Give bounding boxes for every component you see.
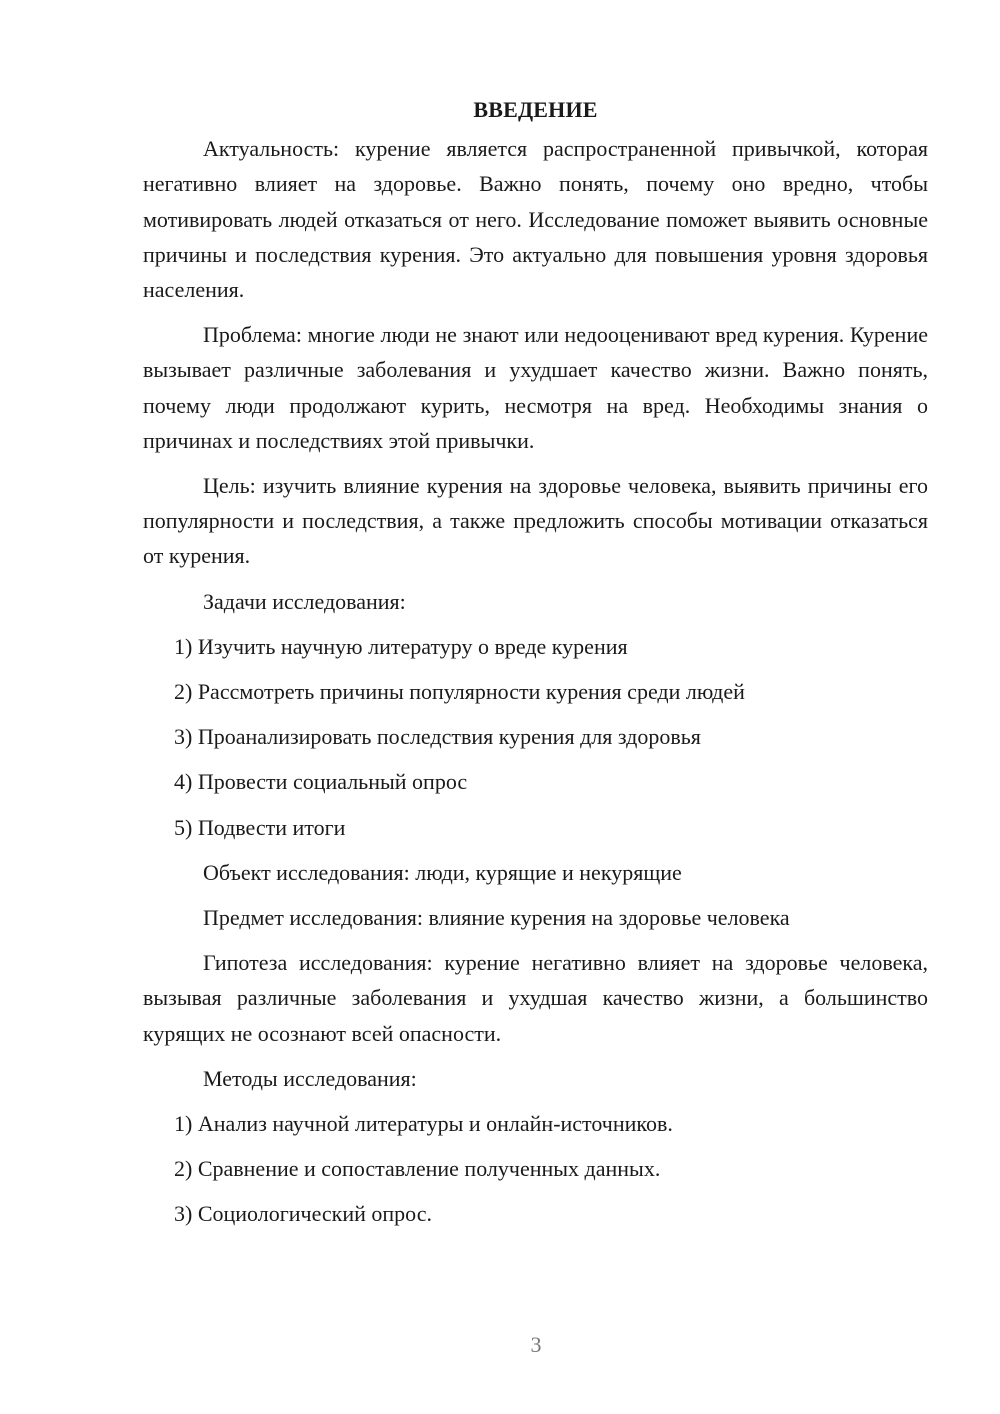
hypothesis-paragraph: Гипотеза исследования: курение негативно…: [143, 945, 928, 1051]
document-page: ВВЕДЕНИЕ Актуальность: курение является …: [0, 0, 1000, 1414]
task-item: 3) Проанализировать последствия курения …: [143, 719, 928, 754]
methods-heading: Методы исследования:: [143, 1061, 928, 1096]
problem-paragraph: Проблема: многие люди не знают или недоо…: [143, 317, 928, 458]
task-item: 2) Рассмотреть причины популярности куре…: [143, 674, 928, 709]
page-number: 3: [0, 1332, 1000, 1358]
task-item: 5) Подвести итоги: [143, 810, 928, 845]
task-item: 1) Изучить научную литературу о вреде ку…: [143, 629, 928, 664]
methods-list: 1) Анализ научной литературы и онлайн-ис…: [143, 1106, 928, 1232]
tasks-list: 1) Изучить научную литературу о вреде ку…: [143, 629, 928, 845]
task-item: 4) Провести социальный опрос: [143, 764, 928, 799]
section-title: ВВЕДЕНИЕ: [143, 92, 928, 127]
subject-paragraph: Предмет исследования: влияние курения на…: [143, 900, 928, 935]
page-content: ВВЕДЕНИЕ Актуальность: курение является …: [143, 92, 928, 1242]
tasks-heading: Задачи исследования:: [143, 584, 928, 619]
method-item: 1) Анализ научной литературы и онлайн-ис…: [143, 1106, 928, 1141]
method-item: 2) Сравнение и сопоставление полученных …: [143, 1151, 928, 1186]
goal-paragraph: Цель: изучить влияние курения на здоровь…: [143, 468, 928, 574]
relevance-paragraph: Актуальность: курение является распростр…: [143, 131, 928, 307]
method-item: 3) Социологический опрос.: [143, 1196, 928, 1231]
object-paragraph: Объект исследования: люди, курящие и нек…: [143, 855, 928, 890]
